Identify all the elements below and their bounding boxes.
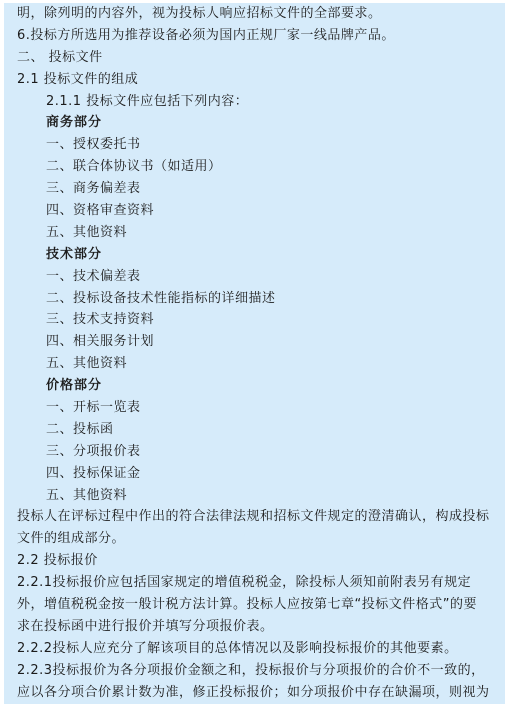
text-line: 一、开标一览表: [17, 397, 505, 419]
text-line: 二、投标设备技术性能指标的详细描述: [17, 288, 505, 310]
text-line: 三、商务偏差表: [17, 178, 505, 200]
text-line: 投标人在评标过程中作出的符合法律法规和招标文件规定的澄清确认，构成投标: [17, 506, 505, 528]
text-line: 三、技术支持资料: [17, 309, 505, 331]
section-heading: 价格部分: [17, 375, 505, 397]
text-line: 四、投标保证金: [17, 463, 505, 485]
text-line: 应以各分项合价累计数为准，修正投标报价；如分项报价中存在缺漏项，则视为: [17, 682, 505, 704]
text-line: 2.1.1 投标文件应包括下列内容：: [17, 91, 505, 113]
text-line: 二、 投标文件: [17, 47, 505, 69]
section-heading: 技术部分: [17, 244, 505, 266]
text-line: 二、联合体协议书（如适用）: [17, 156, 505, 178]
text-line: 外，增值税税金按一般计税方法计算。投标人应按第七章“投标文件格式”的要: [17, 594, 505, 616]
text-line: 五、其他资料: [17, 485, 505, 507]
text-line: 明，除列明的内容外，视为投标人响应招标文件的全部要求。: [17, 3, 505, 25]
text-line: 二、投标函: [17, 419, 505, 441]
text-line: 2.2 投标报价: [17, 550, 505, 572]
text-line: 文件的组成部分。: [17, 528, 505, 550]
section-heading: 商务部分: [17, 112, 505, 134]
text-line: 五、其他资料: [17, 353, 505, 375]
document-page: 明，除列明的内容外，视为投标人响应招标文件的全部要求。6.投标方所选用为推荐设备…: [4, 3, 505, 704]
text-line: 2.2.1投标报价应包括国家规定的增值税税金，除投标人须知前附表另有规定: [17, 572, 505, 594]
text-line: 6.投标方所选用为推荐设备必须为国内正规厂家一线品牌产品。: [17, 25, 505, 47]
text-line: 2.1 投标文件的组成: [17, 69, 505, 91]
text-line: 2.2.2投标人应充分了解该项目的总体情况以及影响投标报价的其他要素。: [17, 638, 505, 660]
text-line: 求在投标函中进行报价并填写分项报价表。: [17, 616, 505, 638]
document-text-block: 明，除列明的内容外，视为投标人响应招标文件的全部要求。6.投标方所选用为推荐设备…: [4, 3, 505, 704]
text-line: 2.2.3投标报价为各分项报价金额之和，投标报价与分项报价的合价不一致的，: [17, 660, 505, 682]
text-line: 五、其他资料: [17, 222, 505, 244]
text-line: 一、技术偏差表: [17, 266, 505, 288]
text-line: 一、授权委托书: [17, 134, 505, 156]
text-line: 三、分项报价表: [17, 441, 505, 463]
text-line: 四、相关服务计划: [17, 331, 505, 353]
text-line: 四、资格审查资料: [17, 200, 505, 222]
